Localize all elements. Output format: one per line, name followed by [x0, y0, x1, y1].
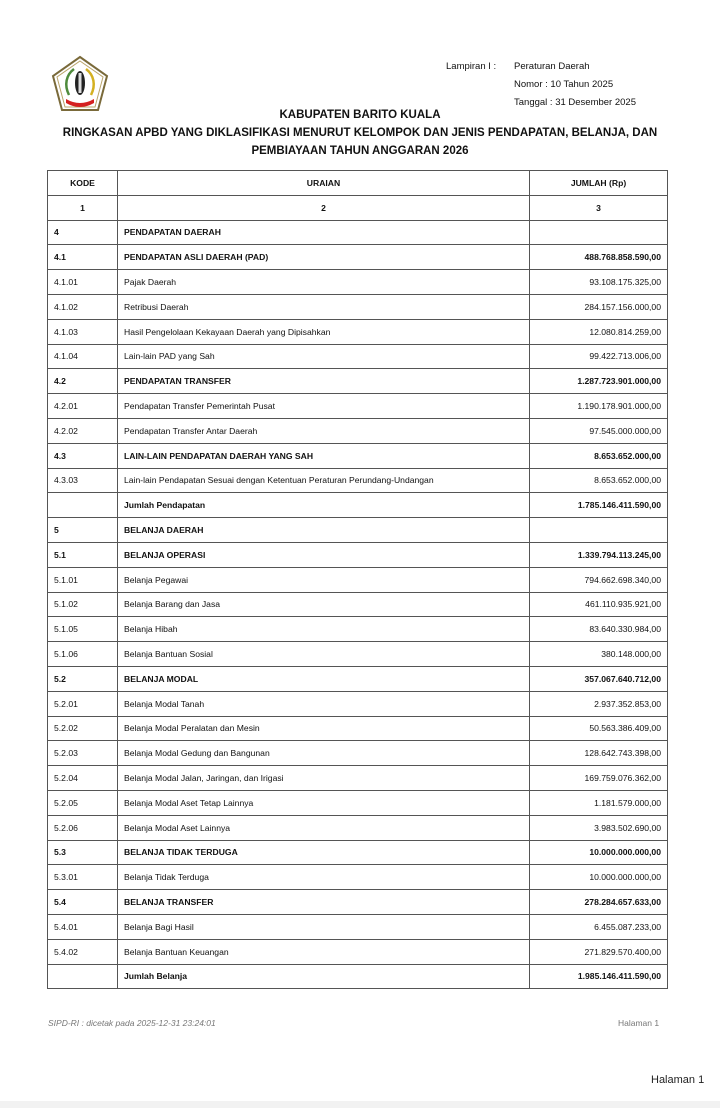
row-jumlah: 1.287.723.901.000,00 — [530, 369, 668, 394]
table-row: 4.3LAIN-LAIN PENDAPATAN DAERAH YANG SAH8… — [48, 443, 668, 468]
table-header-row: KODE URAIAN JUMLAH (Rp) — [48, 171, 668, 196]
row-jumlah: 1.785.146.411.590,00 — [530, 493, 668, 518]
column-number-1: 1 — [48, 195, 118, 220]
row-jumlah: 278.284.657.633,00 — [530, 890, 668, 915]
page-number: Halaman 1 — [618, 1018, 659, 1028]
row-kode: 4.2 — [48, 369, 118, 394]
document-subtitle-line1: RINGKASAN APBD YANG DIKLASIFIKASI MENURU… — [0, 124, 720, 142]
table-row: 5.4.01Belanja Bagi Hasil6.455.087.233,00 — [48, 914, 668, 939]
table-row: 5.2.02Belanja Modal Peralatan dan Mesin5… — [48, 716, 668, 741]
row-uraian: Belanja Tidak Terduga — [118, 865, 530, 890]
row-kode: 4 — [48, 220, 118, 245]
row-uraian: Belanja Modal Aset Tetap Lainnya — [118, 790, 530, 815]
regency-emblem-icon — [50, 55, 110, 113]
print-timestamp: SIPD-RI : dicetak pada 2025-12-31 23:24:… — [48, 1018, 216, 1028]
row-jumlah: 1.190.178.901.000,00 — [530, 394, 668, 419]
row-uraian: Pajak Daerah — [118, 270, 530, 295]
row-jumlah: 488.768.858.590,00 — [530, 245, 668, 270]
row-uraian: Jumlah Belanja — [118, 964, 530, 989]
row-uraian: Pendapatan Transfer Pemerintah Pusat — [118, 394, 530, 419]
column-number-2: 2 — [118, 195, 530, 220]
column-header-jumlah: JUMLAH (Rp) — [530, 171, 668, 196]
row-kode: 5.1.02 — [48, 592, 118, 617]
row-uraian: Belanja Modal Aset Lainnya — [118, 815, 530, 840]
row-uraian: Belanja Bantuan Sosial — [118, 642, 530, 667]
row-uraian: Pendapatan Transfer Antar Daerah — [118, 418, 530, 443]
row-jumlah — [530, 220, 668, 245]
row-jumlah: 2.937.352.853,00 — [530, 691, 668, 716]
column-number-row: 1 2 3 — [48, 195, 668, 220]
row-kode: 5.2 — [48, 666, 118, 691]
table-row: Jumlah Belanja1.985.146.411.590,00 — [48, 964, 668, 989]
row-kode: 5.1.01 — [48, 567, 118, 592]
row-kode: 5.2.04 — [48, 766, 118, 791]
table-row: 5.2.04Belanja Modal Jalan, Jaringan, dan… — [48, 766, 668, 791]
row-kode: 5.1 — [48, 542, 118, 567]
row-jumlah: 284.157.156.000,00 — [530, 294, 668, 319]
row-jumlah: 794.662.698.340,00 — [530, 567, 668, 592]
row-kode: 5.4.02 — [48, 939, 118, 964]
viewer-page-indicator: Halaman 1 — [651, 1074, 704, 1086]
row-jumlah: 93.108.175.325,00 — [530, 270, 668, 295]
row-uraian: Hasil Pengelolaan Kekayaan Daerah yang D… — [118, 319, 530, 344]
table-row: 4PENDAPATAN DAERAH — [48, 220, 668, 245]
row-uraian: BELANJA TIDAK TERDUGA — [118, 840, 530, 865]
viewer-bottom-bar — [0, 1101, 720, 1108]
row-kode: 5.2.06 — [48, 815, 118, 840]
table-row: 5.2.05Belanja Modal Aset Tetap Lainnya1.… — [48, 790, 668, 815]
row-uraian: Lain-lain Pendapatan Sesuai dengan Keten… — [118, 468, 530, 493]
row-jumlah: 1.181.579.000,00 — [530, 790, 668, 815]
row-jumlah: 6.455.087.233,00 — [530, 914, 668, 939]
row-uraian: Jumlah Pendapatan — [118, 493, 530, 518]
table-row: 4.1.04Lain-lain PAD yang Sah99.422.713.0… — [48, 344, 668, 369]
row-jumlah: 10.000.000.000,00 — [530, 840, 668, 865]
row-jumlah: 380.148.000,00 — [530, 642, 668, 667]
row-jumlah: 169.759.076.362,00 — [530, 766, 668, 791]
lampiran-label: Lampiran I : — [446, 58, 496, 76]
row-kode — [48, 493, 118, 518]
row-jumlah: 10.000.000.000,00 — [530, 865, 668, 890]
document-title: KABUPATEN BARITO KUALA — [0, 106, 720, 124]
row-jumlah: 8.653.652.000,00 — [530, 443, 668, 468]
row-uraian: BELANJA TRANSFER — [118, 890, 530, 915]
row-jumlah: 1.339.794.113.245,00 — [530, 542, 668, 567]
row-uraian: LAIN-LAIN PENDAPATAN DAERAH YANG SAH — [118, 443, 530, 468]
row-uraian: Retribusi Daerah — [118, 294, 530, 319]
table-row: 5.1.02Belanja Barang dan Jasa461.110.935… — [48, 592, 668, 617]
row-kode: 4.3 — [48, 443, 118, 468]
row-uraian: Belanja Bagi Hasil — [118, 914, 530, 939]
table-row: 5.3.01Belanja Tidak Terduga10.000.000.00… — [48, 865, 668, 890]
apbd-summary-table: KODE URAIAN JUMLAH (Rp) 1 2 3 4PENDAPATA… — [47, 170, 668, 989]
row-kode: 4.1 — [48, 245, 118, 270]
table-row: 5.4BELANJA TRANSFER278.284.657.633,00 — [48, 890, 668, 915]
table-row: 5.3BELANJA TIDAK TERDUGA10.000.000.000,0… — [48, 840, 668, 865]
row-jumlah: 1.985.146.411.590,00 — [530, 964, 668, 989]
table-row: 5.2.06Belanja Modal Aset Lainnya3.983.50… — [48, 815, 668, 840]
document-subtitle-line2: PEMBIAYAAN TAHUN ANGGARAN 2026 — [0, 142, 720, 160]
row-kode: 4.2.02 — [48, 418, 118, 443]
table-row: 5BELANJA DAERAH — [48, 518, 668, 543]
row-kode — [48, 964, 118, 989]
table-row: 4.3.03Lain-lain Pendapatan Sesuai dengan… — [48, 468, 668, 493]
row-jumlah: 12.080.814.259,00 — [530, 319, 668, 344]
row-jumlah: 3.983.502.690,00 — [530, 815, 668, 840]
row-kode: 5.2.05 — [48, 790, 118, 815]
row-uraian: Belanja Bantuan Keuangan — [118, 939, 530, 964]
table-row: 5.2.01Belanja Modal Tanah2.937.352.853,0… — [48, 691, 668, 716]
row-kode: 4.1.03 — [48, 319, 118, 344]
table-row: 5.1.05Belanja Hibah83.640.330.984,00 — [48, 617, 668, 642]
row-uraian: Lain-lain PAD yang Sah — [118, 344, 530, 369]
row-kode: 5.1.05 — [48, 617, 118, 642]
row-uraian: BELANJA OPERASI — [118, 542, 530, 567]
row-kode: 5.2.01 — [48, 691, 118, 716]
table-row: 4.1PENDAPATAN ASLI DAERAH (PAD)488.768.8… — [48, 245, 668, 270]
row-uraian: Belanja Hibah — [118, 617, 530, 642]
row-kode: 4.1.04 — [48, 344, 118, 369]
row-uraian: Belanja Modal Tanah — [118, 691, 530, 716]
table-row: 5.1BELANJA OPERASI1.339.794.113.245,00 — [48, 542, 668, 567]
row-jumlah: 357.067.640.712,00 — [530, 666, 668, 691]
row-kode: 4.3.03 — [48, 468, 118, 493]
row-kode: 5.2.03 — [48, 741, 118, 766]
row-kode: 4.1.01 — [48, 270, 118, 295]
row-uraian: Belanja Barang dan Jasa — [118, 592, 530, 617]
column-header-uraian: URAIAN — [118, 171, 530, 196]
table-row: 4.1.02Retribusi Daerah284.157.156.000,00 — [48, 294, 668, 319]
row-uraian: PENDAPATAN TRANSFER — [118, 369, 530, 394]
row-jumlah: 8.653.652.000,00 — [530, 468, 668, 493]
table-row: 5.2.03Belanja Modal Gedung dan Bangunan1… — [48, 741, 668, 766]
row-kode: 5.1.06 — [48, 642, 118, 667]
row-jumlah: 99.422.713.006,00 — [530, 344, 668, 369]
regulation-number: Nomor : 10 Tahun 2025 — [514, 76, 636, 94]
row-jumlah: 128.642.743.398,00 — [530, 741, 668, 766]
row-kode: 4.2.01 — [48, 394, 118, 419]
row-kode: 5.2.02 — [48, 716, 118, 741]
row-uraian: BELANJA MODAL — [118, 666, 530, 691]
table-row: Jumlah Pendapatan1.785.146.411.590,00 — [48, 493, 668, 518]
row-jumlah: 97.545.000.000,00 — [530, 418, 668, 443]
table-row: 5.2BELANJA MODAL357.067.640.712,00 — [48, 666, 668, 691]
row-kode: 5.3.01 — [48, 865, 118, 890]
table-row: 5.1.06Belanja Bantuan Sosial380.148.000,… — [48, 642, 668, 667]
row-uraian: Belanja Modal Gedung dan Bangunan — [118, 741, 530, 766]
row-kode: 5.3 — [48, 840, 118, 865]
row-jumlah: 83.640.330.984,00 — [530, 617, 668, 642]
row-kode: 5 — [48, 518, 118, 543]
row-jumlah: 50.563.386.409,00 — [530, 716, 668, 741]
row-kode: 5.4 — [48, 890, 118, 915]
row-kode: 5.4.01 — [48, 914, 118, 939]
table-row: 4.2PENDAPATAN TRANSFER1.287.723.901.000,… — [48, 369, 668, 394]
row-kode: 4.1.02 — [48, 294, 118, 319]
document-title-block: KABUPATEN BARITO KUALA RINGKASAN APBD YA… — [0, 106, 720, 160]
regulation-type: Peraturan Daerah — [514, 58, 636, 76]
row-jumlah: 461.110.935.921,00 — [530, 592, 668, 617]
column-number-3: 3 — [530, 195, 668, 220]
table-row: 4.1.03Hasil Pengelolaan Kekayaan Daerah … — [48, 319, 668, 344]
table-row: 5.4.02Belanja Bantuan Keuangan271.829.57… — [48, 939, 668, 964]
row-uraian: PENDAPATAN ASLI DAERAH (PAD) — [118, 245, 530, 270]
table-row: 5.1.01Belanja Pegawai794.662.698.340,00 — [48, 567, 668, 592]
row-uraian: Belanja Modal Jalan, Jaringan, dan Iriga… — [118, 766, 530, 791]
row-uraian: Belanja Pegawai — [118, 567, 530, 592]
table-row: 4.1.01Pajak Daerah93.108.175.325,00 — [48, 270, 668, 295]
row-uraian: Belanja Modal Peralatan dan Mesin — [118, 716, 530, 741]
row-uraian: PENDAPATAN DAERAH — [118, 220, 530, 245]
row-jumlah: 271.829.570.400,00 — [530, 939, 668, 964]
column-header-kode: KODE — [48, 171, 118, 196]
row-jumlah — [530, 518, 668, 543]
table-row: 4.2.02Pendapatan Transfer Antar Daerah97… — [48, 418, 668, 443]
table-row: 4.2.01Pendapatan Transfer Pemerintah Pus… — [48, 394, 668, 419]
row-uraian: BELANJA DAERAH — [118, 518, 530, 543]
